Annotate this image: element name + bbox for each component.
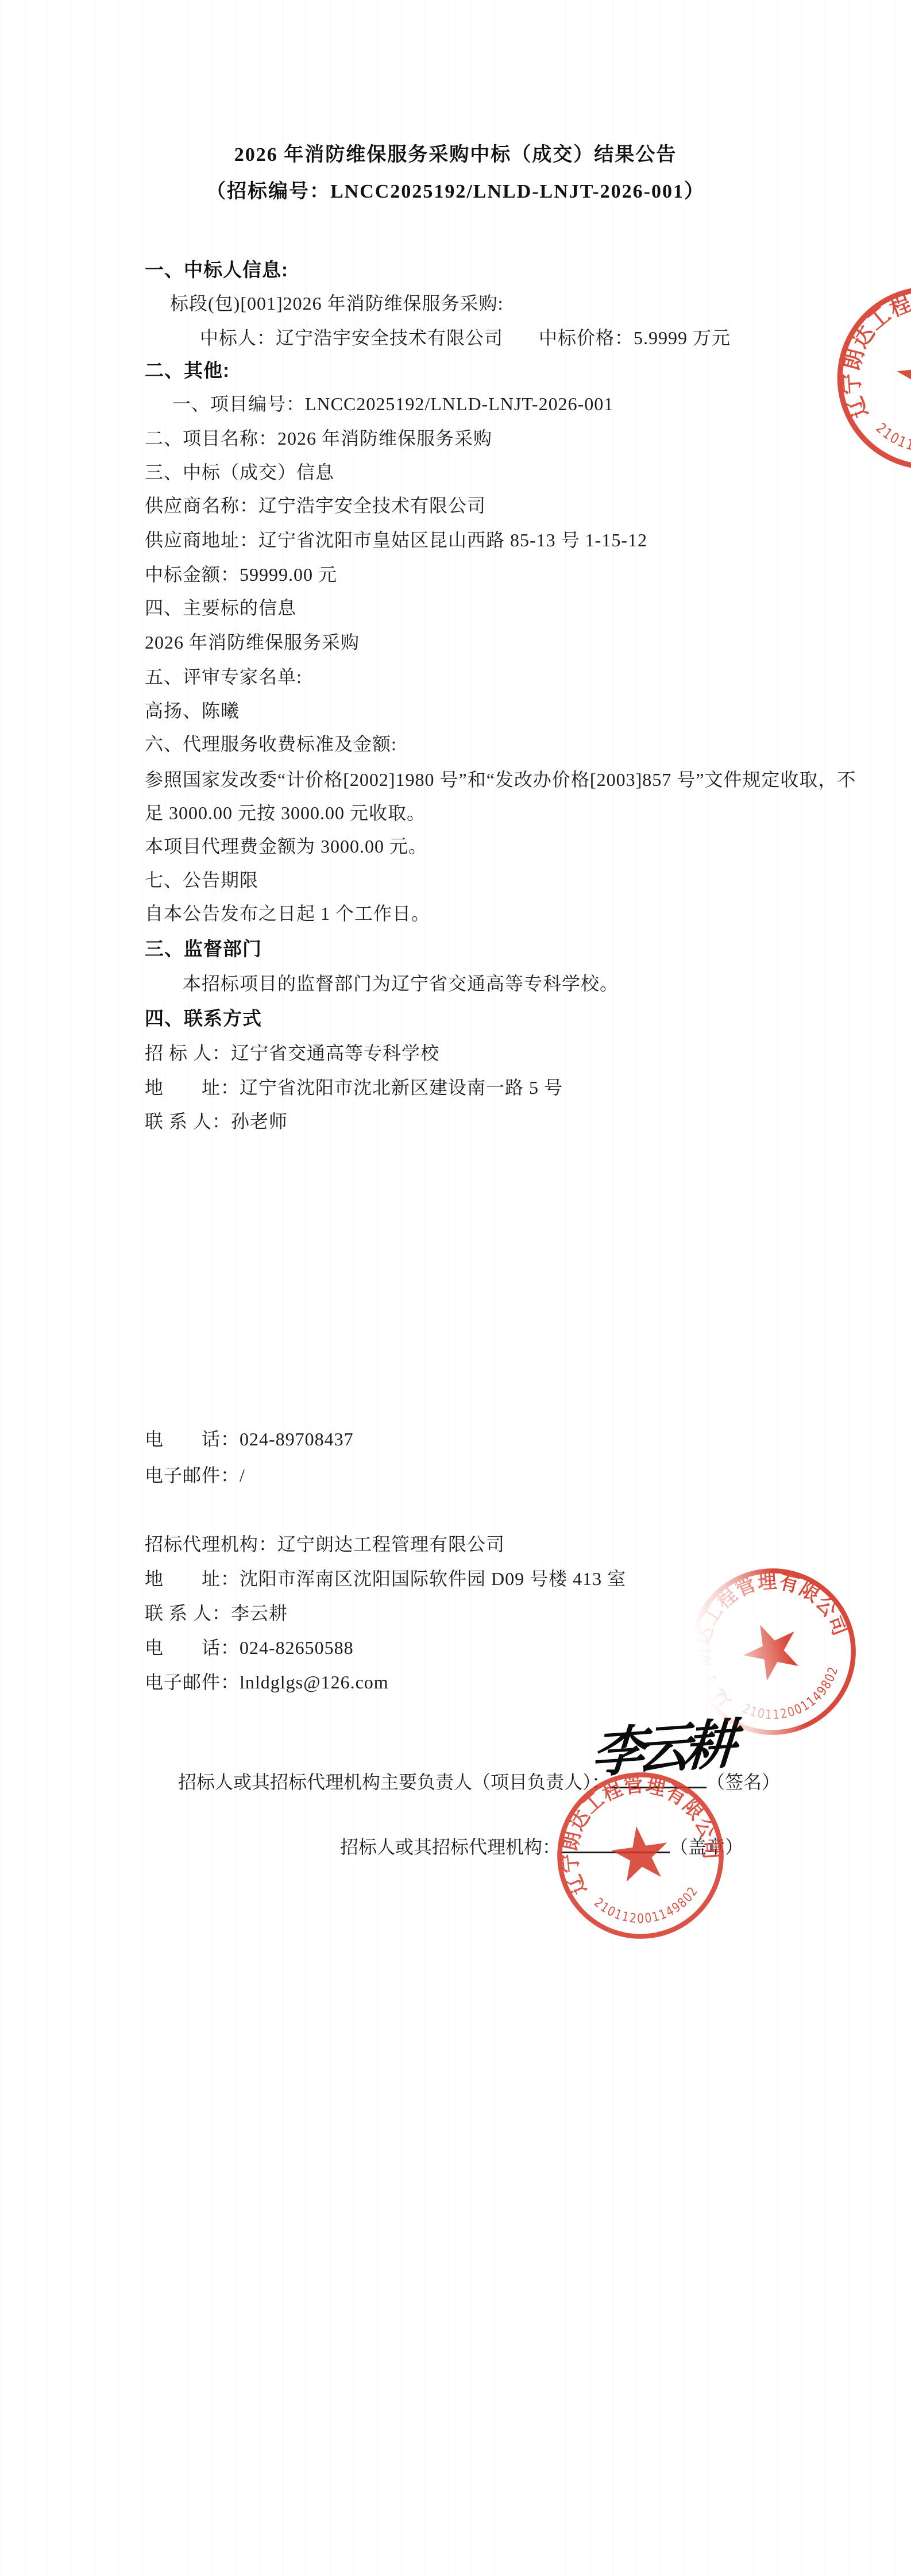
agency-line: 招标代理机构：辽宁朗达工程管理有限公司: [145, 1531, 505, 1557]
agency-phone-line: 电 话：024-82650588: [145, 1634, 354, 1661]
agency-contact-line: 联 系 人：李云耕: [145, 1600, 288, 1626]
seal-graphic: 辽宁朗达工程管理有限公司 210112001149802: [658, 1537, 887, 1767]
winner-line: 中标人：辽宁浩宇安全技术有限公司中标价格：5.9999 万元: [200, 325, 731, 351]
tenderer-address-line: 地 址：辽宁省沈阳市沈北新区建设南一路 5 号: [145, 1074, 563, 1101]
supervision-line: 本招标项目的监督部门为辽宁省交通高等专科学校。: [183, 970, 619, 997]
lot-line: 标段(包)[001]2026 年消防维保服务采购:: [170, 290, 504, 317]
tenderer-contact-line: 联 系 人：孙老师: [145, 1108, 288, 1135]
experts-names-line: 高扬、陈曦: [145, 697, 240, 724]
award-amount-line: 中标金额：59999.00 元: [145, 561, 337, 588]
notice-period-line: 自本公告发布之日起 1 个工作日。: [145, 900, 430, 927]
fee-rule-line2: 足 3000.00 元按 3000.00 元收取。: [145, 800, 426, 826]
fee-amount-line: 本项目代理费金额为 3000.00 元。: [145, 833, 427, 859]
section2-heading: 二、其他:: [145, 357, 230, 384]
document-page: 2026 年消防维保服务采购中标（成交）结果公告 （招标编号：LNCC20251…: [0, 0, 911, 2576]
award-info-line: 三、中标（成交）信息: [145, 459, 334, 485]
section4-heading: 四、联系方式: [145, 1005, 262, 1032]
star-icon: [894, 342, 911, 407]
agency-address-line: 地 址：沈阳市浑南区沈阳国际软件园 D09 号楼 413 室: [145, 1565, 626, 1592]
company-seal-bottom: 辽宁朗达工程管理有限公司 210112001149802: [543, 1759, 738, 1953]
company-seal-middle-right: 辽宁朗达工程管理有限公司 210112001149802: [686, 1565, 859, 1738]
tenderer-line: 招 标 人：辽宁省交通高等专科学校: [145, 1040, 439, 1066]
section1-heading: 一、中标人信息:: [145, 257, 288, 283]
svg-text:210112001149802: 210112001149802: [590, 1881, 705, 1934]
star-icon: [608, 1822, 671, 1883]
project-number-line: 一、项目编号：LNCC2025192/LNLD-LNJT-2026-001: [172, 391, 613, 417]
notice-period-heading-line: 七、公告期限: [145, 867, 258, 893]
project-name-line: 二、项目名称：2026 年消防维保服务采购: [145, 425, 492, 452]
agency-email-line: 电子邮件：lnldglgs@126.com: [145, 1669, 389, 1695]
seal-graphic: 辽宁朗达工程管理有限公司 210112001149802: [543, 1759, 738, 1953]
tenderer-phone-line: 电 话：024-89708437: [145, 1426, 354, 1452]
section3-heading: 三、监督部门: [145, 936, 262, 962]
page-title: 2026 年消防维保服务采购中标（成交）结果公告: [0, 140, 911, 170]
winner-price: 中标价格：5.9999 万元: [539, 327, 731, 348]
supplier-name-line: 供应商名称：辽宁浩宇安全技术有限公司: [145, 492, 486, 519]
fee-rule-line1: 参照国家发改委“计价格[2002]1980 号”和“发改办价格[2003]857…: [145, 766, 856, 793]
star-icon: [735, 1613, 808, 1686]
company-seal-top-right: 辽宁朗达工程管理有限公司 210112001149802: [825, 274, 911, 483]
agency-fee-heading-line: 六、代理服务收费标准及金额:: [145, 731, 397, 757]
tenderer-email-line: 电子邮件：/: [145, 1462, 245, 1488]
seal-label: 招标人或其招标代理机构：: [340, 1837, 561, 1857]
subject-info-line: 四、主要标的信息: [145, 595, 296, 621]
page-subtitle: （招标编号：LNCC2025192/LNLD-LNJT-2026-001）: [0, 177, 911, 207]
experts-heading-line: 五、评审专家名单:: [145, 664, 302, 690]
seal-code-text: 210112001149802: [590, 1881, 705, 1934]
subject-body-line: 2026 年消防维保服务采购: [145, 629, 360, 655]
seal-graphic: 辽宁朗达工程管理有限公司 210112001149802: [825, 274, 911, 483]
winner-name: 中标人：辽宁浩宇安全技术有限公司: [200, 327, 503, 348]
supplier-address-line: 供应商地址：辽宁省沈阳市皇姑区昆山西路 85-13 号 1-15-12: [145, 527, 647, 553]
